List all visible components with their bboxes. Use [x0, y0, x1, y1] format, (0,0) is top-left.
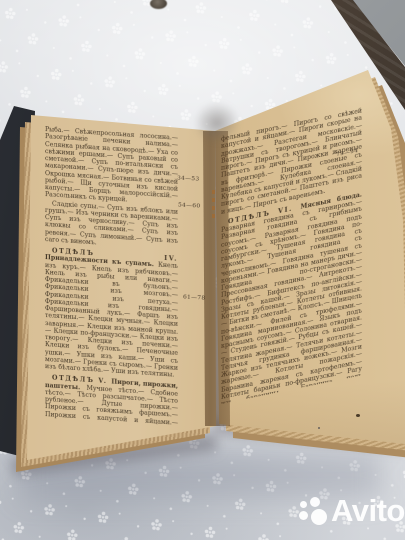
photo-scene: Рыба.— Свѣжепросольная лососина.— Разогр…	[0, 0, 405, 540]
book-paragraph: ОТДѢЛЪ IV. Принадлежности къ супамъ. Кне…	[45, 247, 178, 379]
speck	[318, 427, 320, 429]
speck	[356, 414, 360, 417]
left-page-text: Рыба.— Свѣжепросольная лососина.— Разогр…	[45, 126, 178, 427]
book-paragraph: Рыба.— Свѣжепросольная лососина.— Разогр…	[45, 126, 178, 207]
book-paragraph: ОТДѢЛЪ V. Пироги, пирожки, паштеты. Мучн…	[45, 374, 178, 427]
open-book: Рыба.— Свѣжепросольная лососина.— Разогр…	[0, 0, 405, 540]
book-paragraph: ОТДѢЛЪ VI. Мясныя блюда. Разварная говяд…	[221, 191, 362, 404]
margin-note: 61—78	[183, 294, 206, 301]
margin-note: 34—53	[177, 175, 200, 182]
margin-note: 54—60	[178, 202, 201, 209]
gutter-top-shadow	[194, 102, 240, 144]
book-paragraph: Сладкіе супы.— Супъ изъ яблокъ или грушъ…	[45, 200, 178, 252]
spine-stitching-icon	[212, 190, 215, 220]
